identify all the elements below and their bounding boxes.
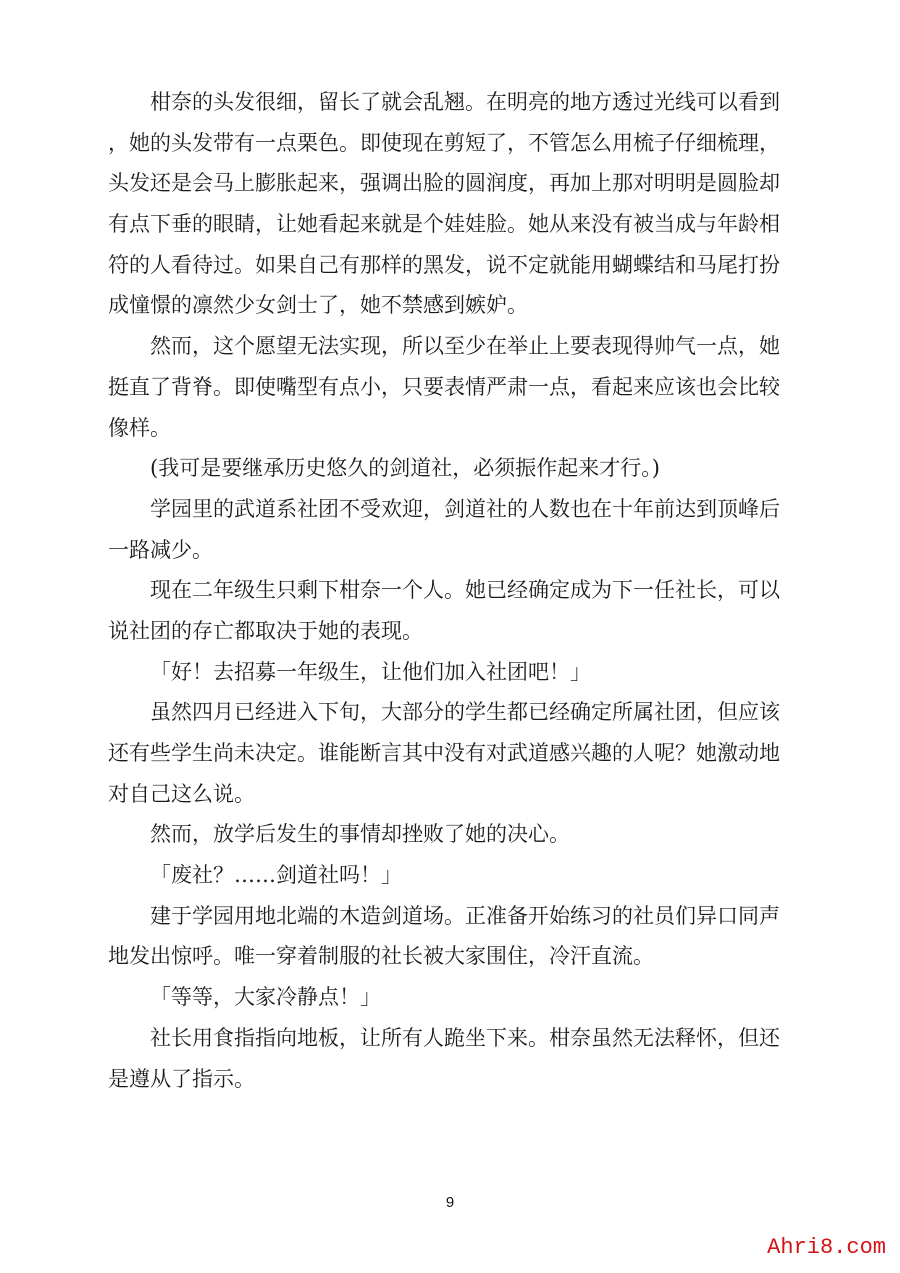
text-line: ，她的头发带有一点栗色。即使现在剪短了，不管怎么用梳子仔细梳理，	[108, 123, 786, 164]
text-line: 建于学园用地北端的木造剑道场。正准备开始练习的社员们异口同声	[108, 896, 786, 937]
text-line: 头发还是会马上膨胀起来，强调出脸的圆润度，再加上那对明明是圆脸却	[108, 163, 786, 204]
dialogue-line: 「废社？……剑道社吗！」	[108, 855, 786, 896]
text-line: 一路减少。	[108, 530, 786, 571]
document-page: 柑奈的头发很细，留长了就会乱翘。在明亮的地方透过光线可以看到 ，她的头发带有一点…	[0, 0, 900, 1273]
text-line: (我可是要继承历史悠久的剑道社，必须振作起来才行。)	[108, 448, 786, 489]
text-line: 还有些学生尚未决定。谁能断言其中没有对武道感兴趣的人呢？她激动地	[108, 733, 786, 774]
text-line: 虽然四月已经进入下旬，大部分的学生都已经确定所属社团，但应该	[108, 692, 786, 733]
text-line: 是遵从了指示。	[108, 1059, 786, 1100]
text-line: 学园里的武道系社团不受欢迎，剑道社的人数也在十年前达到顶峰后	[108, 489, 786, 530]
text-line: 成憧憬的凛然少女剑士了，她不禁感到嫉妒。	[108, 285, 786, 326]
text-line: 有点下垂的眼睛，让她看起来就是个娃娃脸。她从来没有被当成与年龄相	[108, 204, 786, 245]
body-text: 柑奈的头发很细，留长了就会乱翘。在明亮的地方透过光线可以看到 ，她的头发带有一点…	[108, 82, 786, 1099]
text-line: 然而，放学后发生的事情却挫败了她的决心。	[108, 814, 786, 855]
text-line: 然而，这个愿望无法实现，所以至少在举止上要表现得帅气一点，她	[108, 326, 786, 367]
text-line: 柑奈的头发很细，留长了就会乱翘。在明亮的地方透过光线可以看到	[108, 82, 786, 123]
text-line: 说社团的存亡都取决于她的表现。	[108, 611, 786, 652]
dialogue-line: 「等等，大家冷静点！」	[108, 977, 786, 1018]
text-line: 符的人看待过。如果自己有那样的黑发，说不定就能用蝴蝶结和马尾打扮	[108, 245, 786, 286]
page-number: 9	[0, 1194, 900, 1211]
text-line: 对自己这么说。	[108, 774, 786, 815]
dialogue-line: 「好！去招募一年级生，让他们加入社团吧！」	[108, 652, 786, 693]
text-line: 挺直了背脊。即使嘴型有点小，只要表情严肃一点，看起来应该也会比较	[108, 367, 786, 408]
text-line: 地发出惊呼。唯一穿着制服的社长被大家围住，冷汗直流。	[108, 936, 786, 977]
text-line: 现在二年级生只剩下柑奈一个人。她已经确定成为下一任社长，可以	[108, 570, 786, 611]
text-line: 像样。	[108, 408, 786, 449]
text-line: 社长用食指指向地板，让所有人跪坐下来。柑奈虽然无法释怀，但还	[108, 1018, 786, 1059]
watermark: Ahri8.com	[767, 1235, 886, 1260]
